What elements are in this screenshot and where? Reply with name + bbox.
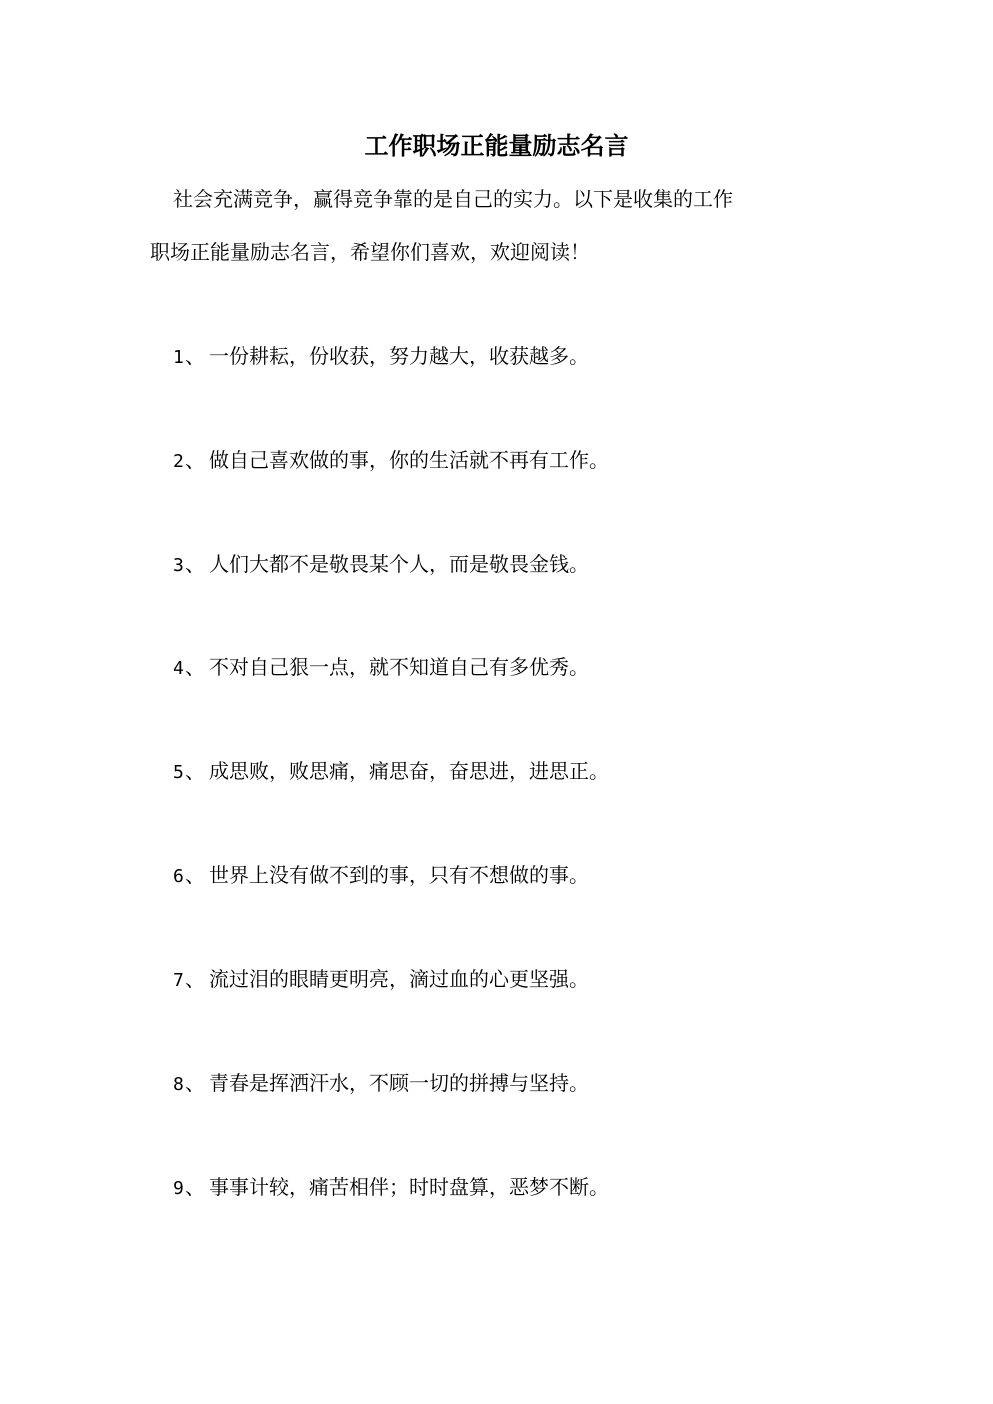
quote-text: 成思败，败思痛，痛思奋，奋思进，进思正。 [209,759,609,783]
quote-item: 1、一份耕耘，份收获，努力越大，收获越多。 [173,341,589,373]
quote-number: 1 [173,343,185,373]
quote-number: 9 [173,1174,185,1204]
quote-number: 3 [173,551,185,581]
quote-item: 7、流过泪的眼睛更明亮，滴过血的心更坚强。 [173,964,589,996]
quote-number: 6 [173,862,185,892]
quote-number: 5 [173,758,185,788]
quote-separator: 、 [185,964,209,994]
quote-separator: 、 [185,445,209,475]
quote-item: 3、人们大都不是敬畏某个人，而是敬畏金钱。 [173,549,589,581]
quote-separator: 、 [185,1172,209,1202]
quote-number: 8 [173,1070,185,1100]
quote-separator: 、 [185,860,209,890]
quote-text: 流过泪的眼睛更明亮，滴过血的心更坚强。 [209,967,589,991]
quote-text: 人们大都不是敬畏某个人，而是敬畏金钱。 [209,552,589,576]
quote-text: 世界上没有做不到的事，只有不想做的事。 [209,863,589,887]
intro-line-2: 职场正能量励志名言，希望你们喜欢，欢迎阅读！ [150,237,830,267]
quote-separator: 、 [185,341,209,371]
quote-separator: 、 [185,1068,209,1098]
quote-number: 7 [173,966,185,996]
document-title: 工作职场正能量励志名言 [0,128,993,164]
quote-separator: 、 [185,652,209,682]
quote-number: 4 [173,654,185,684]
quote-item: 4、不对自己狠一点，就不知道自己有多优秀。 [173,652,589,684]
quote-text: 做自己喜欢做的事，你的生活就不再有工作。 [209,448,609,472]
quote-text: 不对自己狠一点，就不知道自己有多优秀。 [209,655,589,679]
intro-line-1: 社会充满竞争，赢得竞争靠的是自己的实力。以下是收集的工作 [173,184,853,214]
quote-separator: 、 [185,756,209,786]
quote-item: 2、做自己喜欢做的事，你的生活就不再有工作。 [173,445,609,477]
quote-item: 5、成思败，败思痛，痛思奋，奋思进，进思正。 [173,756,609,788]
quote-item: 8、青春是挥洒汗水，不顾一切的拼搏与坚持。 [173,1068,589,1100]
quote-number: 2 [173,447,185,477]
document-page: 工作职场正能量励志名言 社会充满竞争，赢得竞争靠的是自己的实力。以下是收集的工作… [0,0,993,1404]
quote-separator: 、 [185,549,209,579]
quote-text: 事事计较，痛苦相伴；时时盘算，恶梦不断。 [209,1175,609,1199]
quote-text: 一份耕耘，份收获，努力越大，收获越多。 [209,344,589,368]
quote-text: 青春是挥洒汗水，不顾一切的拼搏与坚持。 [209,1071,589,1095]
quote-item: 6、世界上没有做不到的事，只有不想做的事。 [173,860,589,892]
quote-item: 9、事事计较，痛苦相伴；时时盘算，恶梦不断。 [173,1172,609,1204]
